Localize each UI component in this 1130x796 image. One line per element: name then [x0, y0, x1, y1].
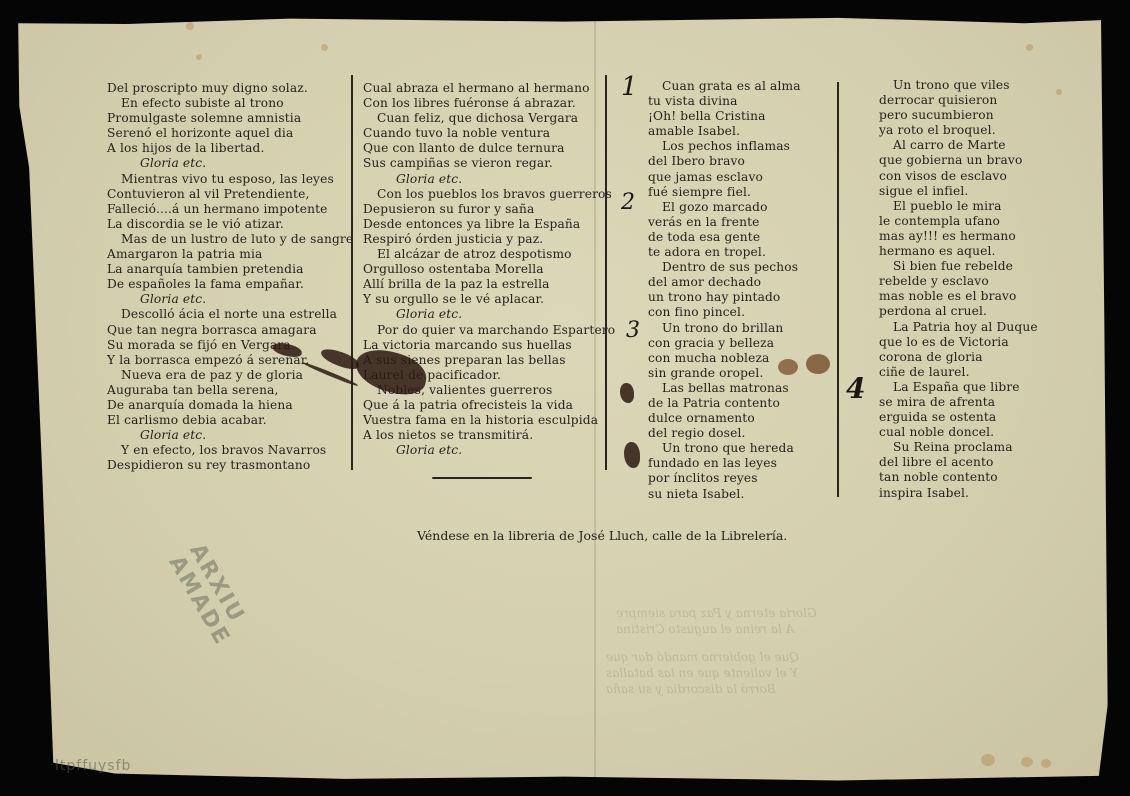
- verse-line: perdona al cruel.: [879, 304, 1038, 319]
- foxing-spot: [186, 22, 194, 30]
- handwritten-number-4: 4: [846, 372, 865, 405]
- verse-column-4: Un trono que vilesderrocar quisieronpero…: [879, 78, 1038, 501]
- verse-line: mas ay!!! es hermano: [879, 229, 1038, 244]
- verse-line: con fino pincel.: [648, 305, 801, 320]
- verse-line: fué siempre fiel.: [648, 185, 801, 200]
- refrain-line: Gloria etc.: [363, 172, 615, 187]
- verse-line: Y en efecto, los bravos Navarros: [107, 443, 353, 458]
- ink-blot: [624, 442, 640, 468]
- verse-line: te adora en tropel.: [648, 245, 801, 260]
- verse-line: del regio dosel.: [648, 426, 801, 441]
- verse-line: de la Patria contento: [648, 396, 801, 411]
- verse-line: se mira de afrenta: [879, 395, 1038, 410]
- verse-line: El gozo marcado: [648, 200, 801, 215]
- verse-line: Que á la patria ofrecisteis la vida: [363, 398, 615, 413]
- verse-line: Un trono do brillan: [648, 321, 801, 336]
- verse-line: Desde entonces ya libre la España: [363, 217, 615, 232]
- foxing-spot: [806, 354, 830, 374]
- verse-line: Cuan feliz, que dichosa Vergara: [363, 111, 615, 126]
- verse-line: Que tan negra borrasca amagara: [107, 323, 353, 338]
- verse-line: derrocar quisieron: [879, 93, 1038, 108]
- verse-line: Si bien fue rebelde: [879, 259, 1038, 274]
- verse-line: ciñe de laurel.: [879, 365, 1038, 380]
- verse-line: un trono hay pintado: [648, 290, 801, 305]
- bleed-through-text: Borró la discordia y su saña: [606, 682, 776, 696]
- verse-line: La Patria hoy al Duque: [879, 320, 1038, 335]
- foxing-spot: [1021, 757, 1033, 767]
- verse-line: Dentro de sus pechos: [648, 260, 801, 275]
- verse-line: Que con llanto de dulce ternura: [363, 141, 615, 156]
- verse-line: Orgulloso ostentaba Morella: [363, 262, 615, 277]
- verse-line: La discordia se le vió atizar.: [107, 217, 353, 232]
- handwritten-number-1: 1: [621, 72, 638, 102]
- bleed-through-text: Y el valiente que en las batallas: [606, 666, 798, 680]
- verse-line: Auguraba tan bella serena,: [107, 383, 353, 398]
- refrain-line: Gloria etc.: [363, 307, 615, 322]
- handwritten-number-2: 2: [621, 190, 635, 215]
- verse-line: Con los libres fuéronse á abrazar.: [363, 96, 615, 111]
- column-divider: [351, 75, 353, 470]
- verse-line: inspira Isabel.: [879, 486, 1038, 501]
- verse-line: El alcázar de atroz despotismo: [363, 247, 615, 262]
- verse-line: Del proscripto muy digno solaz.: [107, 81, 353, 96]
- verse-line: A los nietos se transmitirá.: [363, 428, 615, 443]
- verse-line: La anarquía tambien pretendia: [107, 262, 353, 277]
- verse-line: pero sucumbieron: [879, 108, 1038, 123]
- verse-line: ya roto el broquel.: [879, 123, 1038, 138]
- verse-line: fundado en las leyes: [648, 456, 801, 471]
- bleed-through-text: A la reina el augusto Cristina: [616, 622, 794, 636]
- verse-line: del amor dechado: [648, 275, 801, 290]
- bleed-through-text: Gloria eterna y Paz para siempre: [616, 606, 817, 620]
- verse-line: erguida se ostenta: [879, 410, 1038, 425]
- verse-line: Mas de un lustro de luto y de sangre: [107, 232, 353, 247]
- verse-line: Un trono que viles: [879, 78, 1038, 93]
- verse-line: Al carro de Marte: [879, 138, 1038, 153]
- verse-line: verás en la frente: [648, 215, 801, 230]
- verse-line: En efecto subiste al trono: [107, 96, 353, 111]
- verse-line: El carlismo debia acabar.: [107, 413, 353, 428]
- verse-line: le contempla ufano: [879, 214, 1038, 229]
- verse-line: Las bellas matronas: [648, 381, 801, 396]
- pencil-mark: ltpffuysfb: [55, 758, 131, 774]
- verse-line: del Ibero bravo: [648, 154, 801, 169]
- column-divider: [837, 82, 839, 497]
- bleed-through-text: Que el gobierno mandó dar que: [606, 650, 799, 664]
- verse-line: Con los pueblos los bravos guerreros: [363, 187, 615, 202]
- foxing-spot: [1056, 89, 1062, 95]
- verse-line: Falleció....á un hermano impotente: [107, 202, 353, 217]
- verse-line: mas noble es el bravo: [879, 289, 1038, 304]
- verse-line: Respiró órden justicia y paz.: [363, 232, 615, 247]
- verse-line: Despidieron su rey trasmontano: [107, 458, 353, 473]
- verse-line: cual noble doncel.: [879, 425, 1038, 440]
- verse-line: Cuando tuvo la noble ventura: [363, 126, 615, 141]
- refrain-line: Gloria etc.: [107, 292, 353, 307]
- verse-line: que lo es de Victoria: [879, 335, 1038, 350]
- verse-line: Cuan grata es al alma: [648, 79, 801, 94]
- verse-line: Un trono que hereda: [648, 441, 801, 456]
- foxing-spot: [196, 54, 202, 60]
- verse-line: La victoria marcando sus huellas: [363, 338, 615, 353]
- foxing-spot: [1041, 759, 1051, 768]
- verse-line: del libre el acento: [879, 455, 1038, 470]
- verse-line: por ínclitos reyes: [648, 471, 801, 486]
- verse-line: Vuestra fama en la historia esculpida: [363, 413, 615, 428]
- verse-line: Depusieron su furor y saña: [363, 202, 615, 217]
- refrain-line: Gloria etc.: [363, 443, 615, 458]
- foxing-spot: [981, 754, 995, 766]
- verse-line: amable Isabel.: [648, 124, 801, 139]
- verse-line: dulce ornamento: [648, 411, 801, 426]
- verse-line: con gracia y belleza: [648, 336, 801, 351]
- verse-line: ¡Oh! bella Cristina: [648, 109, 801, 124]
- verse-line: Su Reina proclama: [879, 440, 1038, 455]
- verse-line: Por do quier va marchando Espartero: [363, 323, 615, 338]
- verse-line: tu vista divina: [648, 94, 801, 109]
- end-rule: [432, 477, 532, 479]
- verse-line: Cual abraza el hermano al hermano: [363, 81, 615, 96]
- verse-line: Promulgaste solemne amnistia: [107, 111, 353, 126]
- verse-line: Descolló ácia el norte una estrella: [107, 307, 353, 322]
- verse-line: Serenó el horizonte aquel dia: [107, 126, 353, 141]
- verse-line: tan noble contento: [879, 470, 1038, 485]
- verse-line: con visos de esclavo: [879, 169, 1038, 184]
- verse-column-3: Cuan grata es al almatu vista divina¡Oh!…: [648, 79, 801, 502]
- verse-line: Y su orgullo se le vé aplacar.: [363, 292, 615, 307]
- verse-line: La España que libre: [879, 380, 1038, 395]
- verse-line: De españoles la fama empañar.: [107, 277, 353, 292]
- handwritten-number-3: 3: [626, 318, 640, 343]
- verse-line: su nieta Isabel.: [648, 487, 801, 502]
- verse-line: Su morada se fijó en Vergara: [107, 338, 353, 353]
- verse-line: corona de gloria: [879, 350, 1038, 365]
- verse-line: Sus campiñas se vieron regar.: [363, 156, 615, 171]
- verse-line: rebelde y esclavo: [879, 274, 1038, 289]
- printer-imprint: Véndese en la libreria de José Lluch, ca…: [417, 528, 787, 543]
- verse-line: con mucha nobleza: [648, 351, 801, 366]
- verse-line: hermano es aquel.: [879, 244, 1038, 259]
- verse-line: A los hijos de la libertad.: [107, 141, 353, 156]
- verse-line: De anarquía domada la hiena: [107, 398, 353, 413]
- refrain-line: Gloria etc.: [107, 156, 353, 171]
- verse-line: Amargaron la patria mia: [107, 247, 353, 262]
- ink-blot: [620, 383, 634, 403]
- verse-line: Contuvieron al vil Pretendiente,: [107, 187, 353, 202]
- verse-line: sin grande oropel.: [648, 366, 801, 381]
- refrain-line: Gloria etc.: [107, 428, 353, 443]
- foxing-spot: [1026, 44, 1033, 51]
- column-divider: [605, 75, 607, 470]
- verse-line: que gobierna un bravo: [879, 153, 1038, 168]
- verse-line: Los pechos inflamas: [648, 139, 801, 154]
- verse-column-1: Del proscripto muy digno solaz.En efecto…: [107, 81, 353, 473]
- verse-line: Mientras vivo tu esposo, las leyes: [107, 172, 353, 187]
- verse-line: que jamas esclavo: [648, 170, 801, 185]
- foxing-spot: [321, 44, 328, 51]
- verse-line: El pueblo le mira: [879, 199, 1038, 214]
- verse-line: sigue el infiel.: [879, 184, 1038, 199]
- verse-line: Allí brilla de la paz la estrella: [363, 277, 615, 292]
- verse-line: de toda esa gente: [648, 230, 801, 245]
- verse-column-2: Cual abraza el hermano al hermanoCon los…: [363, 81, 615, 458]
